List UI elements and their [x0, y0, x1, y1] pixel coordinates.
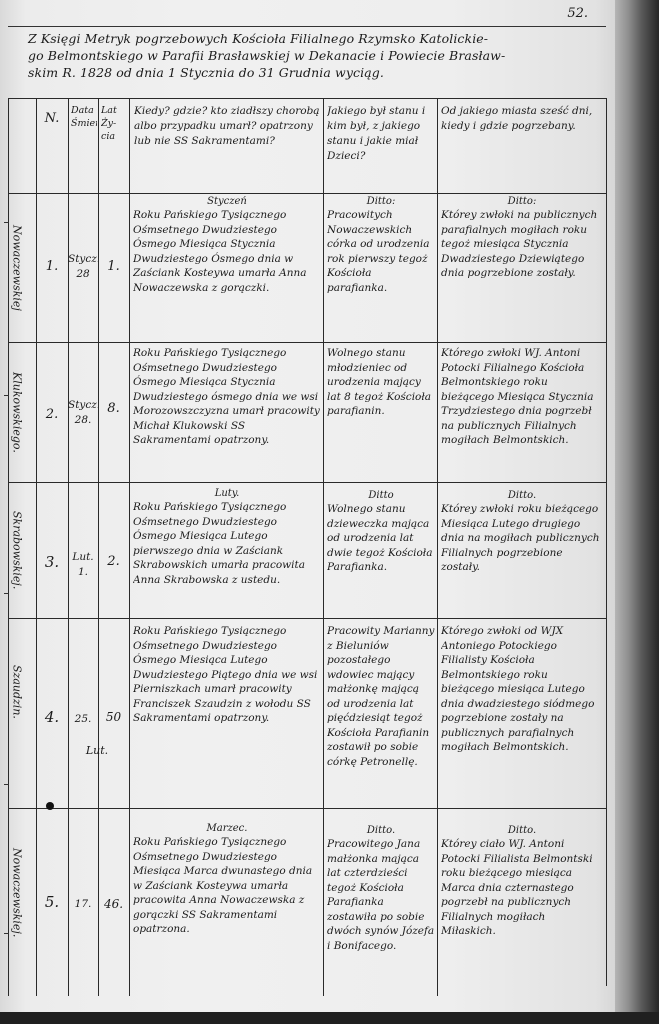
ditto-heading: Ditto:	[441, 196, 603, 208]
event-body: Roku Pańskiego Tysiącznego Ośmsetnego Dw…	[133, 625, 317, 724]
grid-line	[8, 342, 606, 343]
title-line: go Belmontskiego w Parafii Brasławskiej …	[28, 47, 606, 64]
title-line: Z Księgi Metryk pogrzebowych Kościoła Fi…	[28, 30, 606, 47]
margin-tick	[4, 222, 9, 223]
margin-note-surname: Nowaczewskiej.	[4, 818, 30, 968]
burial-body: Którego zwłoki WJ. Antoni Potocki Filial…	[441, 347, 594, 446]
age: 46.	[98, 897, 129, 912]
month-heading: Luty.	[133, 488, 321, 500]
event-body: Roku Pańskiego Tysiącznego Ośmsetnego Dw…	[133, 836, 312, 935]
death-date: Stycz. 28	[68, 252, 98, 281]
entry-number: 3.	[36, 555, 68, 570]
header-date: Data Śmierci	[71, 104, 97, 130]
header-status: Jakiego był stanu i kim był, z jakiego s…	[327, 104, 435, 164]
status-body: Pracowitych Nowaczewskich córka od urodz…	[327, 209, 430, 294]
margin-tick	[4, 593, 9, 594]
grid-line	[98, 98, 99, 996]
ditto-heading: Ditto.	[441, 825, 603, 837]
title-rule	[8, 26, 606, 27]
grid-line	[8, 808, 606, 809]
grid-line	[68, 98, 69, 996]
event-body: Roku Pańskiego Tysiącznego Ośmsetnego Dw…	[133, 501, 305, 586]
event-text: Styczeń Roku Pańskiego Tysiącznego Ośmse…	[133, 196, 321, 341]
margin-tick	[4, 395, 9, 396]
title-line: skim R. 1828 od dnia 1 Stycznia do 31 Gr…	[28, 64, 606, 81]
grid-line	[8, 482, 606, 483]
ink-blot	[46, 802, 54, 810]
month-heading: Styczeń	[133, 196, 321, 208]
burial-body: Którego zwłoki od WJX Antoniego Potockie…	[441, 625, 594, 753]
status-text: Ditto Wolnego stanu dzieweczka mająca od…	[327, 490, 435, 616]
header-event: Kiedy? gdzie? kto ziadłszy chorobą albo …	[134, 104, 320, 149]
margin-note-surname: Nowaczewskiej	[4, 196, 30, 340]
page-bottom-edge	[0, 1012, 659, 1024]
margin-tick	[4, 784, 9, 785]
age: 8.	[98, 402, 129, 417]
status-body: Wolnego stanu młodzieniec od urodzenia m…	[327, 347, 431, 417]
burial-body: Którey zwłoki na publicznych parafialnyc…	[441, 209, 597, 279]
header-number: N.	[36, 112, 68, 125]
burial-body: Którey ciało WJ. Antoni Potocki Filialis…	[441, 838, 593, 937]
margin-note-surname: Klukowskiego.	[4, 345, 30, 480]
burial-text: Ditto. Którey ciało WJ. Antoni Potocki F…	[441, 825, 603, 1000]
grid-line	[8, 193, 606, 194]
burial-text: Którego zwłoki WJ. Antoni Potocki Filial…	[441, 346, 603, 480]
death-date: 25.	[68, 712, 98, 727]
grid-line	[437, 98, 438, 996]
age: 2.	[98, 555, 129, 570]
event-text: Marzec. Roku Pańskiego Tysiącznego Ośmse…	[133, 823, 321, 998]
entry-number: 5.	[36, 895, 68, 910]
entry-number: 2.	[36, 408, 68, 423]
header-age: Lat Ży- cia	[101, 104, 128, 143]
margin-note-surname: Szaudzin.	[4, 622, 30, 762]
burial-text: Ditto: Którey zwłoki na publicznych para…	[441, 196, 603, 341]
register-title: Z Księgi Metryk pogrzebowych Kościoła Fi…	[28, 30, 606, 81]
death-date: 17.	[68, 897, 98, 912]
event-body: Roku Pańskiego Tysiącznego Ośmsetnego Dw…	[133, 209, 307, 294]
burial-body: Którey zwłoki roku bieżącego Miesiąca Lu…	[441, 503, 599, 573]
book-binding-shadow	[615, 0, 659, 1024]
grid-line	[129, 98, 130, 996]
page-number: 52.	[567, 6, 588, 21]
age: 50	[98, 710, 129, 725]
event-text: Luty. Roku Pańskiego Tysiącznego Ośmsetn…	[133, 488, 321, 616]
status-text: Pracowity Marianny z Bieluniów pozostałe…	[327, 624, 435, 806]
grid-line	[36, 98, 37, 996]
burial-text: Ditto. Którey zwłoki roku bieżącego Mies…	[441, 490, 603, 616]
status-text: Wolnego stanu młodzieniec od urodzenia m…	[327, 346, 435, 480]
grid-line	[323, 98, 324, 996]
entry-number: 4.	[36, 710, 68, 725]
grid-line	[8, 98, 606, 99]
header-burial: Od jakiego miasta sześć dni, kiedy i gdz…	[441, 104, 603, 134]
status-body: Pracowity Marianny z Bieluniów pozostałe…	[327, 625, 435, 768]
event-body: Roku Pańskiego Tysiącznego Ośmsetnego Dw…	[133, 347, 320, 446]
status-body: Pracowitego Jana małżonka mająca lat czt…	[327, 838, 434, 952]
grid-line	[8, 618, 606, 619]
burial-text: Którego zwłoki od WJX Antoniego Potockie…	[441, 624, 603, 806]
month-heading: Marzec.	[133, 823, 321, 835]
event-text: Roku Pańskiego Tysiącznego Ośmsetnego Dw…	[133, 346, 321, 480]
age-note: Lut.	[82, 744, 112, 759]
death-date: Lut. 1.	[68, 550, 98, 579]
ditto-heading: Ditto:	[327, 196, 435, 208]
margin-tick	[4, 933, 9, 934]
ditto-heading: Ditto	[327, 490, 435, 502]
register-page: 52. Z Księgi Metryk pogrzebowych Kościoł…	[0, 0, 640, 1016]
entry-number: 1.	[36, 260, 68, 275]
grid-line	[606, 98, 607, 986]
status-text: Ditto: Pracowitych Nowaczewskich córka o…	[327, 196, 435, 341]
death-date: Stycz. 28.	[68, 398, 98, 427]
ditto-heading: Ditto.	[441, 490, 603, 502]
age: 1.	[98, 260, 129, 275]
ditto-heading: Ditto.	[327, 825, 435, 837]
margin-note-surname: Skrabowskiej.	[4, 485, 30, 616]
event-text: Roku Pańskiego Tysiącznego Ośmsetnego Dw…	[133, 624, 321, 806]
status-body: Wolnego stanu dzieweczka mająca od urodz…	[327, 503, 432, 573]
status-text: Ditto. Pracowitego Jana małżonka mająca …	[327, 825, 435, 1000]
